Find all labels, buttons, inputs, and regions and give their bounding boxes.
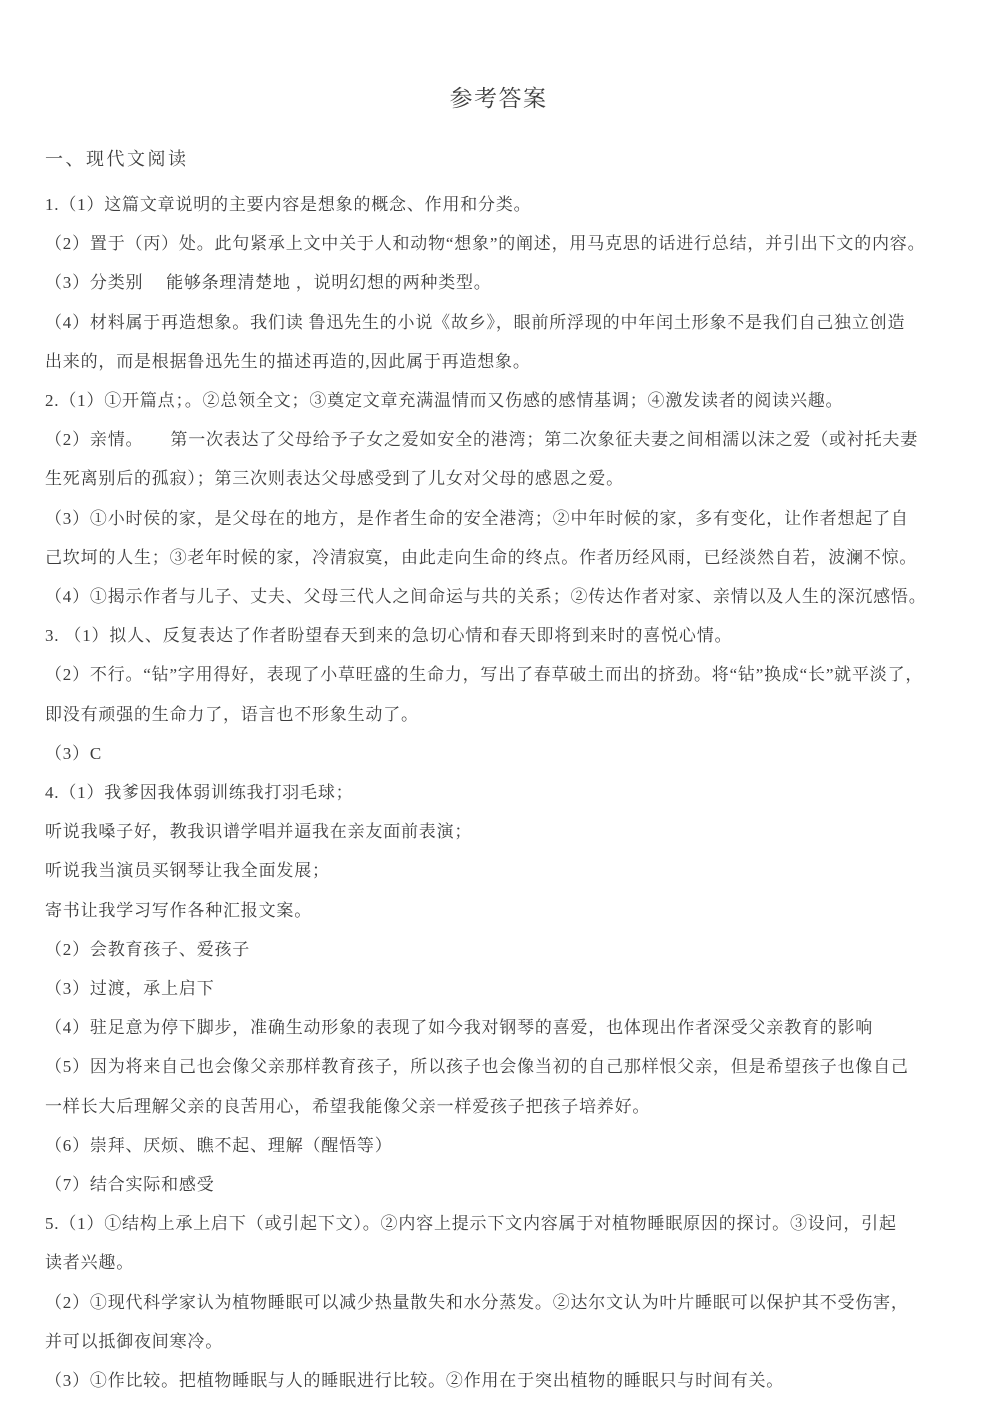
answer-line: 读者兴趣。 [45, 1243, 952, 1282]
answer-line: 己坎坷的人生；③老年时候的家，冷清寂寞，由此走向生命的终点。作者历经风雨，已经淡… [45, 538, 952, 577]
answer-line: （3）①小时侯的家，是父母在的地方，是作者生命的安全港湾；②中年时候的家，多有变… [45, 499, 952, 538]
page-title: 参考答案 [45, 0, 952, 114]
answer-line: （4）①揭示作者与儿子、丈夫、父母三代人之间命运与共的关系；②传达作者对家、亲情… [45, 577, 952, 616]
answer-line: 即没有顽强的生命力了，语言也不形象生动了。 [45, 695, 952, 734]
answer-line: 一样长大后理解父亲的良苦用心，希望我能像父亲一样爱孩子把孩子培养好。 [45, 1087, 952, 1126]
answer-line: 寄书让我学习写作各种汇报文案。 [45, 891, 952, 930]
answer-line: 2.（1）①开篇点；。②总领全文；③奠定文章充满温情而又伤感的感情基调；④激发读… [45, 381, 952, 420]
answer-lines: 1.（1）这篇文章说明的主要内容是想象的概念、作用和分类。（2）置于（丙）处。此… [45, 185, 952, 1400]
answer-line: （3）过渡，承上启下 [45, 969, 952, 1008]
answer-line: 5.（1）①结构上承上启下（或引起下文）。②内容上提示下文内容属于对植物睡眠原因… [45, 1204, 952, 1243]
answer-line: 4.（1）我爹因我体弱训练我打羽毛球； [45, 773, 952, 812]
answer-line: （3）C [45, 734, 952, 773]
answer-line: 3. （1）拟人、反复表达了作者盼望春天到来的急切心情和春天即将到来时的喜悦心情… [45, 616, 952, 655]
answer-line: 并可以抵御夜间寒冷。 [45, 1322, 952, 1361]
answer-line: （4）驻足意为停下脚步，准确生动形象的表现了如今我对钢琴的喜爱，也体现出作者深受… [45, 1008, 952, 1047]
answer-line: （2）置于（丙）处。此句紧承上文中关于人和动物“想象”的阐述，用马克思的话进行总… [45, 224, 952, 263]
answer-line: 生死离别后的孤寂）；第三次则表达父母感受到了儿女对父母的感恩之爱。 [45, 459, 952, 498]
document-page: 参考答案 一、现代文阅读 1.（1）这篇文章说明的主要内容是想象的概念、作用和分… [0, 0, 992, 1403]
answer-line: 听说我嗓子好，教我识谱学唱并逼我在亲友面前表演； [45, 812, 952, 851]
answer-line: （2）不行。“钻”字用得好，表现了小草旺盛的生命力，写出了春草破土而出的挤劲。将… [45, 655, 952, 694]
answer-line: 出来的，而是根据鲁迅先生的描述再造的,因此属于再造想象。 [45, 342, 952, 381]
answer-line: （3）分类别 能够条理清楚地 ，说明幻想的两种类型。 [45, 263, 952, 302]
answer-line: （2）会教育孩子、爱孩子 [45, 930, 952, 969]
answer-line: 听说我当演员买钢琴让我全面发展； [45, 851, 952, 890]
answer-line: （2）亲情。 第一次表达了父母给予子女之爱如安全的港湾；第二次象征夫妻之间相濡以… [45, 420, 952, 459]
answer-line: （5）因为将来自己也会像父亲那样教育孩子，所以孩子也会像当初的自己那样恨父亲，但… [45, 1047, 952, 1086]
answer-line: （3）①作比较。把植物睡眠与人的睡眠进行比较。②作用在于突出植物的睡眠只与时间有… [45, 1361, 952, 1400]
answer-line: （6）崇拜、厌烦、瞧不起、理解（醒悟等） [45, 1126, 952, 1165]
answer-line: （4）材料属于再造想象。我们读 鲁迅先生的小说《故乡》，眼前所浮现的中年闰土形象… [45, 303, 952, 342]
answer-line: （2）①现代科学家认为植物睡眠可以减少热量散失和水分蒸发。②达尔文认为叶片睡眠可… [45, 1283, 952, 1322]
answer-line: 1.（1）这篇文章说明的主要内容是想象的概念、作用和分类。 [45, 185, 952, 224]
answer-line: （7）结合实际和感受 [45, 1165, 952, 1204]
section-heading: 一、现代文阅读 [45, 147, 952, 172]
